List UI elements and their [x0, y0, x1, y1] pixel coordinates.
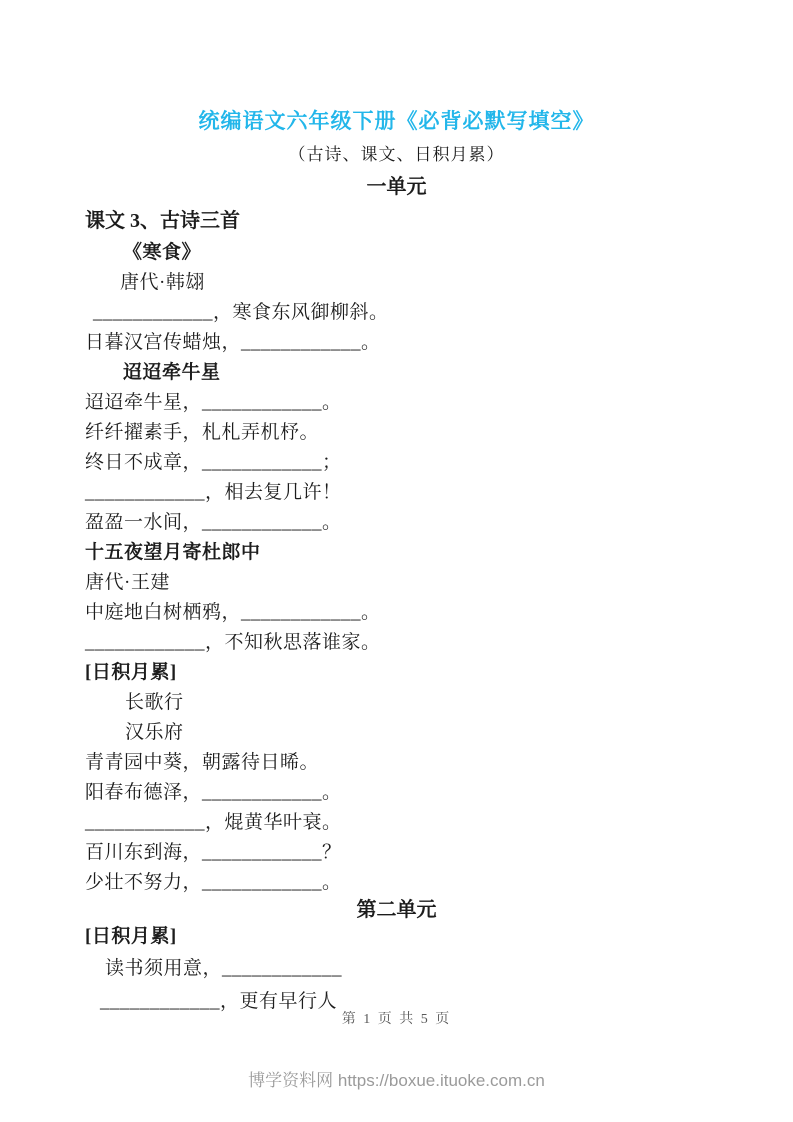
poem-shiwuye-title: 十五夜望月寄杜郎中	[85, 538, 708, 568]
poem-tiaotiao-title: 迢迢牵牛星	[123, 358, 708, 388]
watermark-url: 博学资料网 https://boxue.ituoke.com.cn	[0, 1066, 793, 1091]
poem-changgexing-line: 百川东到海，____________？	[85, 838, 708, 868]
poem-changgexing-line: 青青园中葵，朝露待日晞。	[85, 748, 708, 778]
poem-changgexing-line: 少壮不努力，____________。	[85, 868, 708, 898]
poem-tiaotiao-line: 迢迢牵牛星，____________。	[85, 388, 708, 418]
poem-hanshi-line: 日暮汉宫传蜡烛，____________。	[85, 328, 708, 358]
proverb-line: 读书须用意，____________	[105, 952, 708, 985]
poem-tiaotiao-line: ____________，相去复几许！	[85, 478, 708, 508]
document-content: 统编语文六年级下册《必背必默写填空》 （古诗、课文、日积月累） 一单元 课文 3…	[85, 104, 708, 1018]
riji-label-unit2: [日积月累]	[85, 922, 708, 952]
poem-tiaotiao-line: 盈盈一水间，____________。	[85, 508, 708, 538]
unit1-heading: 一单元	[85, 171, 708, 204]
poem-changgexing-source: 汉乐府	[125, 718, 708, 748]
poem-changgexing-line: ____________，焜黄华叶衰。	[85, 808, 708, 838]
unit2-heading: 第二单元	[85, 898, 708, 922]
doc-title: 统编语文六年级下册《必背必默写填空》	[85, 104, 708, 138]
poem-changgexing-title: 长歌行	[125, 688, 708, 718]
poem-tiaotiao-line: 纤纤擢素手，札札弄机杼。	[85, 418, 708, 448]
document-page: 统编语文六年级下册《必背必默写填空》 （古诗、课文、日积月累） 一单元 课文 3…	[0, 0, 793, 1122]
riji-label-unit1: [日积月累]	[85, 658, 708, 688]
poem-tiaotiao-line: 终日不成章，____________；	[85, 448, 708, 478]
poem-shiwuye-author: 唐代·王建	[85, 568, 708, 598]
poem-changgexing-line: 阳春布德泽，____________。	[85, 778, 708, 808]
doc-subtitle: （古诗、课文、日积月累）	[85, 138, 708, 171]
poem-hanshi-line: ____________，寒食东风御柳斜。	[93, 298, 708, 328]
poem-hanshi-author: 唐代·韩翃	[120, 268, 708, 298]
poem-shiwuye-line: ____________，不知秋思落谁家。	[85, 628, 708, 658]
page-number: 第 1 页 共 5 页	[0, 1008, 793, 1028]
poem-hanshi-title: 《寒食》	[123, 238, 708, 268]
lesson-heading: 课文 3、古诗三首	[85, 204, 708, 238]
poem-shiwuye-line: 中庭地白树栖鸦，____________。	[85, 598, 708, 628]
